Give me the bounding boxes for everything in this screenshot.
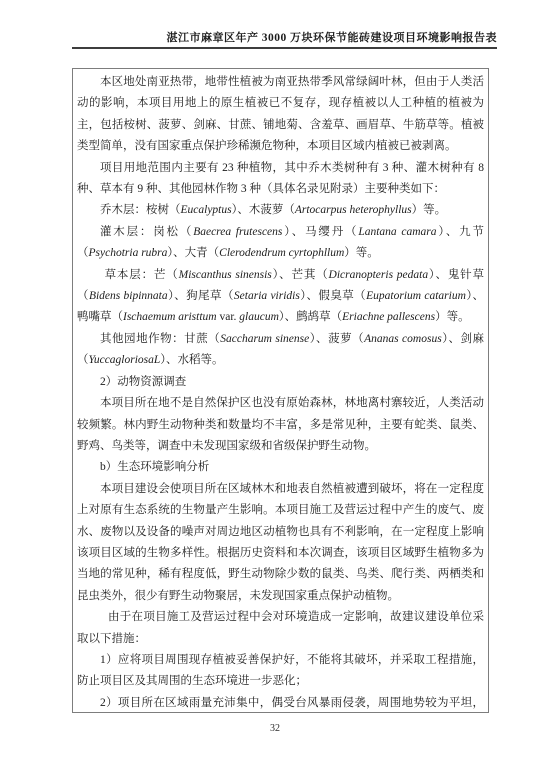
text-run: 湛江市麻章区年产 <box>167 32 262 44</box>
text-run: ）、大青（ <box>167 247 219 259</box>
paragraph: 本项目所在地不是自然保护区也没有原始森林，林地离村寨较近，人类活动较频繁。林内野… <box>77 393 484 457</box>
latin-species-name: Ananas comosus <box>364 333 442 345</box>
text-run: 2）动物资源调查 <box>100 376 186 388</box>
text-run: 本区地处南亚热带，地带性植被为南亚热带季风常绿阔叶林，但由于人类活动的影响，本项… <box>77 76 484 152</box>
text-run: ）、水稻等。 <box>160 354 223 366</box>
text-run: 2）项目所在区域雨量充沛集中，偶受台风暴雨侵袭，周围地势较为平坦，项目区 <box>77 697 484 713</box>
paragraph: 草本层：芒（Miscanthus sinensis）、芒萁（Dicranopte… <box>77 265 484 329</box>
text-run: 项目用地范围内主要有 23 种植物，其中乔木类树种有 3 种、灌木树种有 8 种… <box>77 162 484 195</box>
paragraph: 项目用地范围内主要有 23 种植物，其中乔木类树种有 3 种、灌木树种有 8 种… <box>77 158 484 201</box>
text-run: b）生态环境影响分析 <box>100 461 209 473</box>
paragraph: 其他园地作物：甘蔗（Saccharum sinense）、菠萝（Ananas c… <box>77 329 484 372</box>
latin-species-name: glaucum <box>239 311 279 323</box>
text-run: 草本层：芒（ <box>105 269 179 281</box>
text-run: 其他园地作物：甘蔗（ <box>100 333 220 345</box>
latin-species-name: Eucalyptus <box>181 204 232 216</box>
report-content-box: 本区地处南亚热带，地带性植被为南亚热带季风常绿阔叶林，但由于人类活动的影响，本项… <box>72 68 489 713</box>
text-run: ）、木菠萝（ <box>232 204 295 216</box>
text-run: 由于在项目施工及营运过程中会对环境造成一定影响，故建议建设单位采取以下措施： <box>77 611 484 644</box>
document-page: { "header": { "title_parts": [ {"t": "湛江… <box>0 0 550 778</box>
latin-species-name: Lantana camara <box>358 226 436 238</box>
text-run: ）等。 <box>344 247 379 259</box>
text-run: 万块环保节能砖建设项目环境影响报告表 <box>287 32 497 44</box>
text-run: ）、芒萁（ <box>272 269 329 281</box>
header-rule <box>72 47 497 49</box>
latin-species-name: Eriachne pallescens <box>342 311 435 323</box>
text-run: var. <box>219 311 239 323</box>
text-run: ）、马缨丹（ <box>282 226 358 238</box>
paragraph: 灌木层：岗松（Baecrea frutescens）、马缨丹（Lantana c… <box>77 222 484 265</box>
latin-species-name: Psychotria rubra <box>89 247 168 259</box>
text-run: 本项目所在地不是自然保护区也没有原始森林，林地离村寨较近，人类活动较频繁。林内野… <box>77 397 484 452</box>
text-run: ）、假臭草（ <box>300 290 366 302</box>
text-run: 本项目建设会使项目所在区域林木和地表自然植被遭到破坏，将在一定程度上对原有生态系… <box>77 483 484 602</box>
latin-species-name: Baecrea frutescens <box>193 226 282 238</box>
page-number: 32 <box>0 723 550 734</box>
text-run: 灌木层：岗松（ <box>100 226 193 238</box>
document-header-title: 湛江市麻章区年产 3000 万块环保节能砖建设项目环境影响报告表 <box>167 29 498 45</box>
text-run: 1）应将项目周围现存植被妥善保护好，不能将其破坏，并采取工程措施，防止项目区及其… <box>77 654 484 687</box>
latin-species-name: Clerodendrum cyrtophllum <box>219 247 344 259</box>
text-run: ）、狗尾草（ <box>168 290 234 302</box>
text-run: ）、鹧鸪草（ <box>279 311 342 323</box>
latin-species-name: Setaria viridis <box>234 290 300 302</box>
paragraph: 1）应将项目周围现存植被妥善保护好，不能将其破坏，并采取工程措施，防止项目区及其… <box>77 650 484 693</box>
paragraph: 2）动物资源调查 <box>77 372 484 393</box>
latin-species-name: Miscanthus sinensis <box>179 269 272 281</box>
latin-species-name: Saccharum sinense <box>220 333 309 345</box>
latin-species-name: Bidens bipinnata <box>89 290 168 302</box>
text-run: ）等。 <box>435 311 470 323</box>
latin-species-name: Ischaemum aristtum <box>123 311 219 323</box>
paragraph: 本区地处南亚热带，地带性植被为南亚热带季风常绿阔叶林，但由于人类活动的影响，本项… <box>77 72 484 158</box>
text-run: ）、菠萝（ <box>309 333 364 345</box>
paragraph: 2）项目所在区域雨量充沛集中，偶受台风暴雨侵袭，周围地势较为平坦，项目区 <box>77 693 484 713</box>
paragraph: 乔木层：桉树（Eucalyptus）、木菠萝（Artocarpus hetero… <box>77 200 484 221</box>
paragraph: 本项目建设会使项目所在区域林木和地表自然植被遭到破坏，将在一定程度上对原有生态系… <box>77 479 484 607</box>
latin-species-name: Eupatorium catarium <box>366 290 466 302</box>
text-run: 乔木层：桉树（ <box>100 204 181 216</box>
latin-species-name: Dicranopteris pedata <box>329 269 429 281</box>
latin-species-name: Artocarpus heterophyllus <box>295 204 412 216</box>
paragraph: b）生态环境影响分析 <box>77 457 484 478</box>
text-run: 3000 <box>262 32 287 44</box>
paragraph: 由于在项目施工及营运过程中会对环境造成一定影响，故建议建设单位采取以下措施： <box>77 607 484 650</box>
latin-species-name: YuccagloriosaL <box>89 354 161 366</box>
text-run: ）等。 <box>412 204 447 216</box>
